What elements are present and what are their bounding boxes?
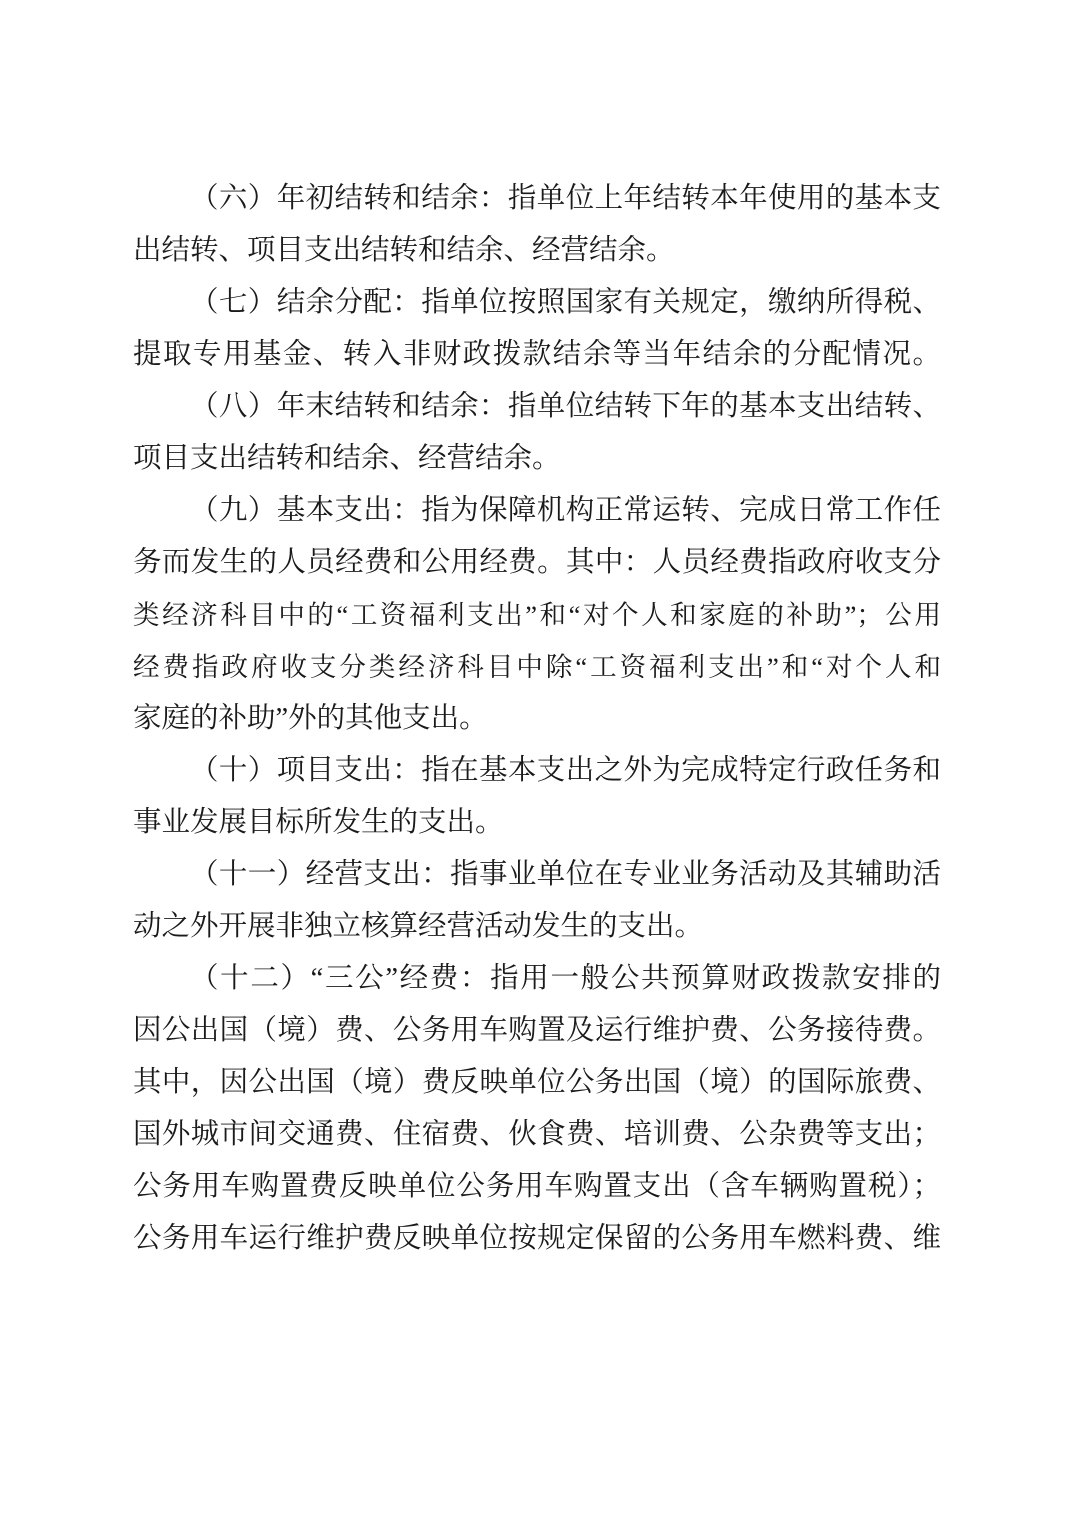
document-body: （六）年初结转和结余：指单位上年结转本年使用的基本支出结转、项目支出结转和结余、… xyxy=(133,173,941,1265)
item-8-definition: （八）年末结转和结余：指单位结转下年的基本支出结转、项目支出结转和结余、经营结余… xyxy=(133,381,941,485)
item-10-definition: （十）项目支出：指在基本支出之外为完成特定行政任务和事业发展目标所发生的支出。 xyxy=(133,745,941,849)
text-line: 其中，因公出国（境）费反映单位公务出国（境）的国际旅费、 xyxy=(133,1057,941,1109)
text-line: （八）年末结转和结余：指单位结转下年的基本支出结转、 xyxy=(133,381,941,433)
text-line: 提取专用基金、转入非财政拨款结余等当年结余的分配情况。 xyxy=(133,329,941,381)
text-line: （十二）“三公”经费：指用一般公共预算财政拨款安排的 xyxy=(133,953,941,1005)
text-line: 事业发展目标所发生的支出。 xyxy=(133,797,941,849)
text-line: 务而发生的人员经费和公用经费。其中：人员经费指政府收支分 xyxy=(133,537,941,589)
text-line: 出结转、项目支出结转和结余、经营结余。 xyxy=(133,225,941,277)
text-line: 动之外开展非独立核算经营活动发生的支出。 xyxy=(133,901,941,953)
text-line: 家庭的补助”外的其他支出。 xyxy=(133,693,941,745)
text-line: （六）年初结转和结余：指单位上年结转本年使用的基本支 xyxy=(133,173,941,225)
item-9-definition: （九）基本支出：指为保障机构正常运转、完成日常工作任务而发生的人员经费和公用经费… xyxy=(133,485,941,745)
item-6-definition: （六）年初结转和结余：指单位上年结转本年使用的基本支出结转、项目支出结转和结余、… xyxy=(133,173,941,277)
text-line: （十一）经营支出：指事业单位在专业业务活动及其辅助活 xyxy=(133,849,941,901)
text-line: （十）项目支出：指在基本支出之外为完成特定行政任务和 xyxy=(133,745,941,797)
text-line: （七）结余分配：指单位按照国家有关规定，缴纳所得税、 xyxy=(133,277,941,329)
text-line: 项目支出结转和结余、经营结余。 xyxy=(133,433,941,485)
text-line: 公务用车运行维护费反映单位按规定保留的公务用车燃料费、维 xyxy=(133,1213,941,1265)
item-7-definition: （七）结余分配：指单位按照国家有关规定，缴纳所得税、提取专用基金、转入非财政拨款… xyxy=(133,277,941,381)
text-line: 类经济科目中的“工资福利支出”和“对个人和家庭的补助”；公用 xyxy=(133,589,941,641)
text-line: 因公出国（境）费、公务用车购置及运行维护费、公务接待费。 xyxy=(133,1005,941,1057)
item-12-definition: （十二）“三公”经费：指用一般公共预算财政拨款安排的因公出国（境）费、公务用车购… xyxy=(133,953,941,1265)
item-11-definition: （十一）经营支出：指事业单位在专业业务活动及其辅助活动之外开展非独立核算经营活动… xyxy=(133,849,941,953)
text-line: 公务用车购置费反映单位公务用车购置支出（含车辆购置税）； xyxy=(133,1161,941,1213)
text-line: 国外城市间交通费、住宿费、伙食费、培训费、公杂费等支出； xyxy=(133,1109,941,1161)
text-line: 经费指政府收支分类经济科目中除“工资福利支出”和“对个人和 xyxy=(133,641,941,693)
text-line: （九）基本支出：指为保障机构正常运转、完成日常工作任 xyxy=(133,485,941,537)
document-page: （六）年初结转和结余：指单位上年结转本年使用的基本支出结转、项目支出结转和结余、… xyxy=(0,0,1074,1520)
